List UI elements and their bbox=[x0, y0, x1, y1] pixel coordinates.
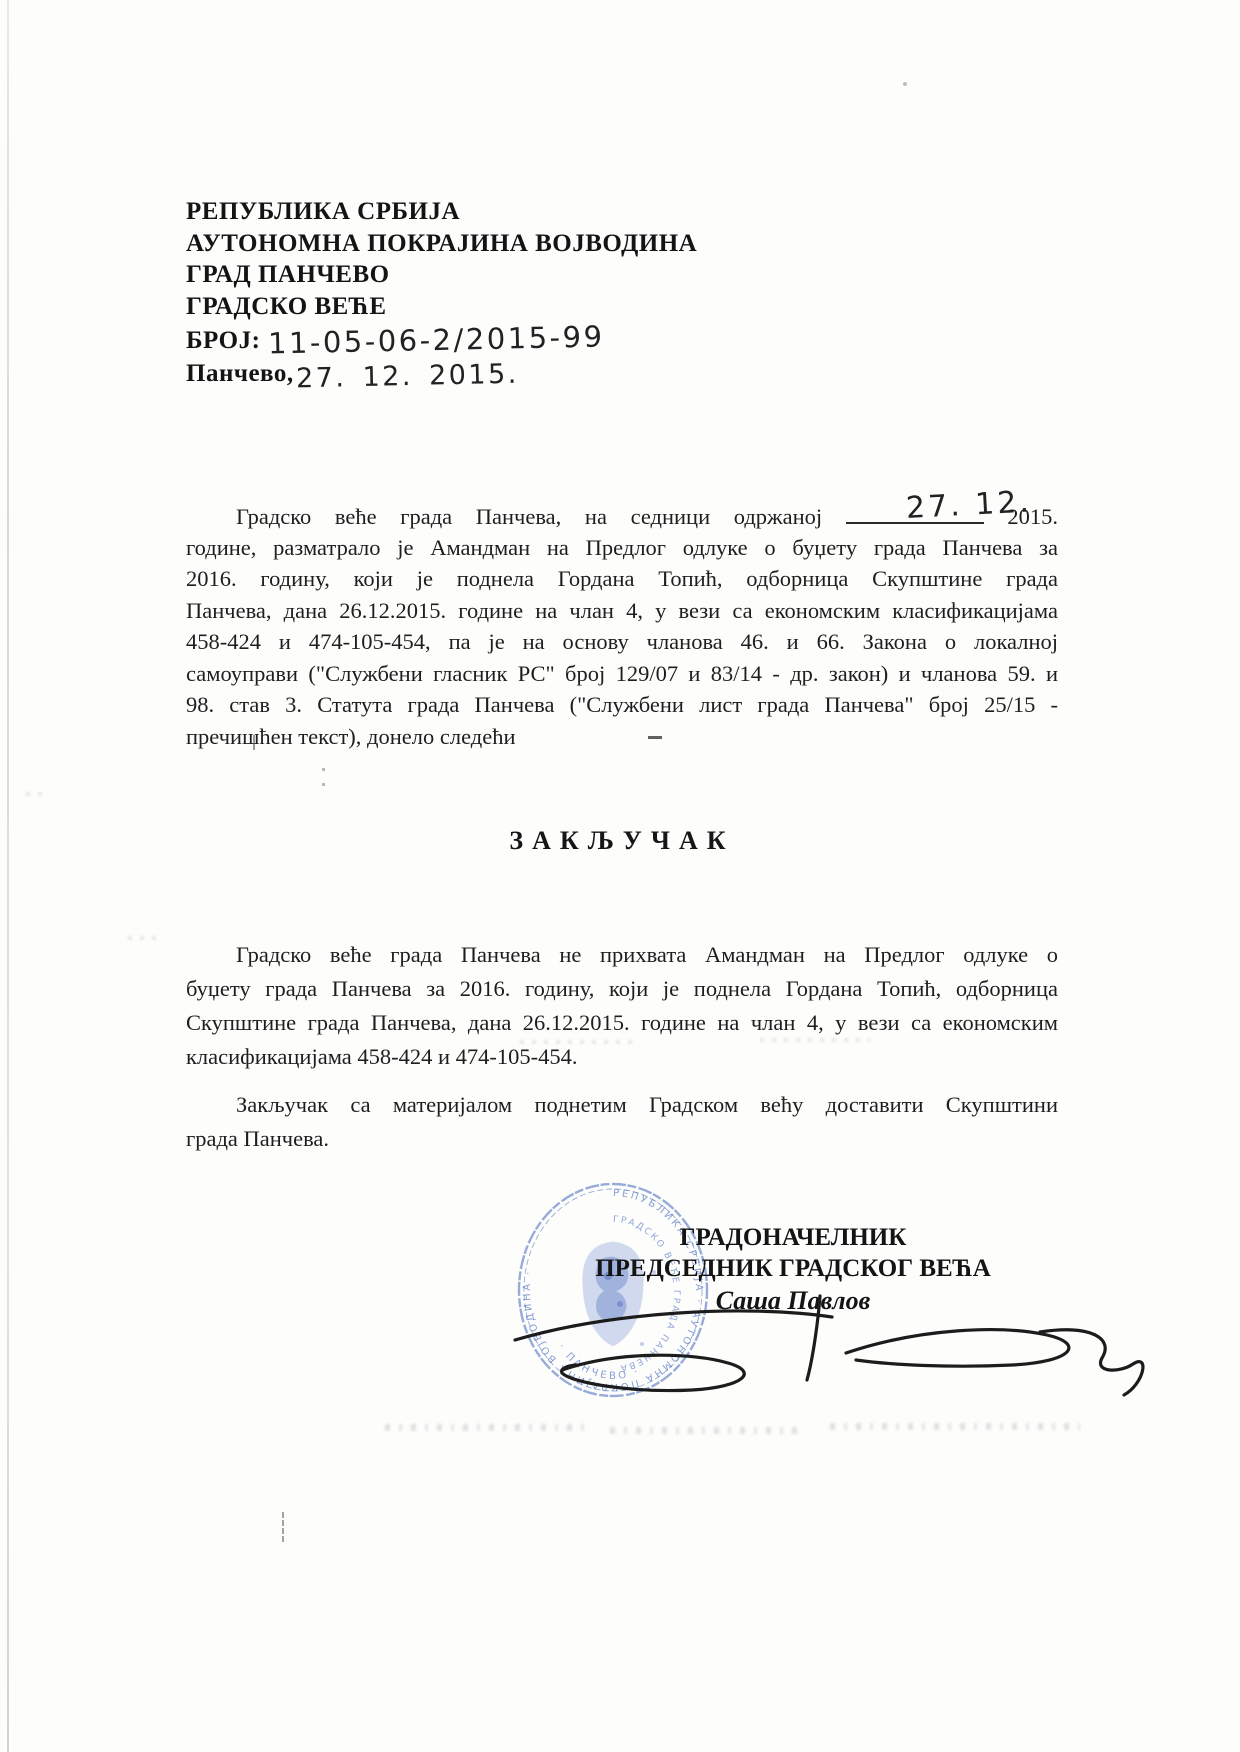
decision-line-1: Градско веће града Панчева не прихвата А… bbox=[186, 938, 1058, 972]
letterhead-country: РЕПУБЛИКА СРБИЈА bbox=[186, 196, 697, 228]
bleed-through-ghost-text bbox=[385, 1424, 585, 1431]
scanned-document-page: РЕПУБЛИКА СРБИЈА АУТОНОМНА ПОКРАЈИНА ВОЈ… bbox=[0, 0, 1240, 1752]
scan-speck bbox=[282, 1512, 286, 1542]
letterhead-council: ГРАДСКО ВЕЋЕ bbox=[186, 291, 697, 323]
session-date-handwritten: 27. 12. bbox=[855, 486, 1032, 527]
decision-line-4: класификацијама 458-424 и 474-105-454. bbox=[186, 1040, 1058, 1074]
signer-title-council-president: ПРЕДСЕДНИК ГРАДСКОГ ВЕЋА bbox=[548, 1253, 1038, 1284]
document-date-handwritten: 27. 12. 2015. bbox=[295, 358, 518, 394]
delivery-line-2: града Панчева. bbox=[186, 1122, 1058, 1156]
place-label: Панчево, bbox=[186, 360, 294, 387]
intro-line-5: 458-424 и 474-105-454, па је на основу ч… bbox=[186, 626, 1058, 658]
intro-line-2: године, разматрало је Амандман на Предло… bbox=[186, 532, 1058, 564]
scan-smudge bbox=[128, 936, 158, 940]
intro-line-1-text: Градско веће града Панчева, на седници о… bbox=[236, 504, 822, 529]
bleed-through-ghost-text bbox=[830, 1423, 1080, 1430]
decision-line-2: буџету града Панчева за 2016. годину, ко… bbox=[186, 972, 1058, 1006]
intro-line-3: 2016. годину, који је поднела Гордана То… bbox=[186, 563, 1058, 595]
paragraph-decision: Градско веће града Панчева не прихвата А… bbox=[186, 938, 1058, 1074]
paragraph-delivery: Закључак са материјалом поднетим Градско… bbox=[186, 1088, 1058, 1156]
signer-title-mayor: ГРАДОНАЧЕЛНИК bbox=[548, 1222, 1038, 1253]
intro-line-8: пречишћен текст), донело следећи bbox=[186, 721, 1058, 753]
scan-smudge bbox=[26, 792, 48, 796]
document-number-line: БРОЈ:11-05-06-2/2015-99 bbox=[186, 323, 697, 357]
intro-line-7: 98. став 3. Статута града Панчева ("Служ… bbox=[186, 689, 1058, 721]
conclusion-heading: ЗАКЉУЧАК bbox=[186, 826, 1058, 856]
handwritten-signature bbox=[500, 1290, 1160, 1405]
session-date-blank-field: 27. 12. bbox=[846, 500, 984, 524]
letterhead-city: ГРАД ПАНЧЕВО bbox=[186, 259, 697, 291]
scan-speck bbox=[322, 768, 325, 786]
scan-edge-line bbox=[7, 0, 9, 1752]
paragraph-intro: Градско веће града Панчева, на седници о… bbox=[186, 500, 1058, 752]
bleed-through-ghost-text bbox=[610, 1427, 800, 1434]
place-date-line: Панчево,27. 12. 2015. bbox=[186, 357, 697, 390]
number-label: БРОЈ: bbox=[186, 327, 260, 354]
letterhead-province: АУТОНОМНА ПОКРАЈИНА ВОЈВОДИНА bbox=[186, 228, 697, 260]
intro-line-1: Градско веће града Панчева, на седници о… bbox=[186, 500, 1058, 532]
document-number-handwritten: 11-05-06-2/2015-99 bbox=[268, 321, 605, 360]
delivery-line-1: Закључак са материјалом поднетим Градско… bbox=[186, 1088, 1058, 1122]
intro-line-4: Панчева, дана 26.12.2015. године на члан… bbox=[186, 595, 1058, 627]
scan-speck bbox=[903, 82, 907, 86]
intro-line-6: самоуправи ("Службени гласник РС" број 1… bbox=[186, 658, 1058, 690]
letterhead: РЕПУБЛИКА СРБИЈА АУТОНОМНА ПОКРАЈИНА ВОЈ… bbox=[186, 196, 697, 389]
decision-line-3: Скупштине града Панчева, дана 26.12.2015… bbox=[186, 1006, 1058, 1040]
